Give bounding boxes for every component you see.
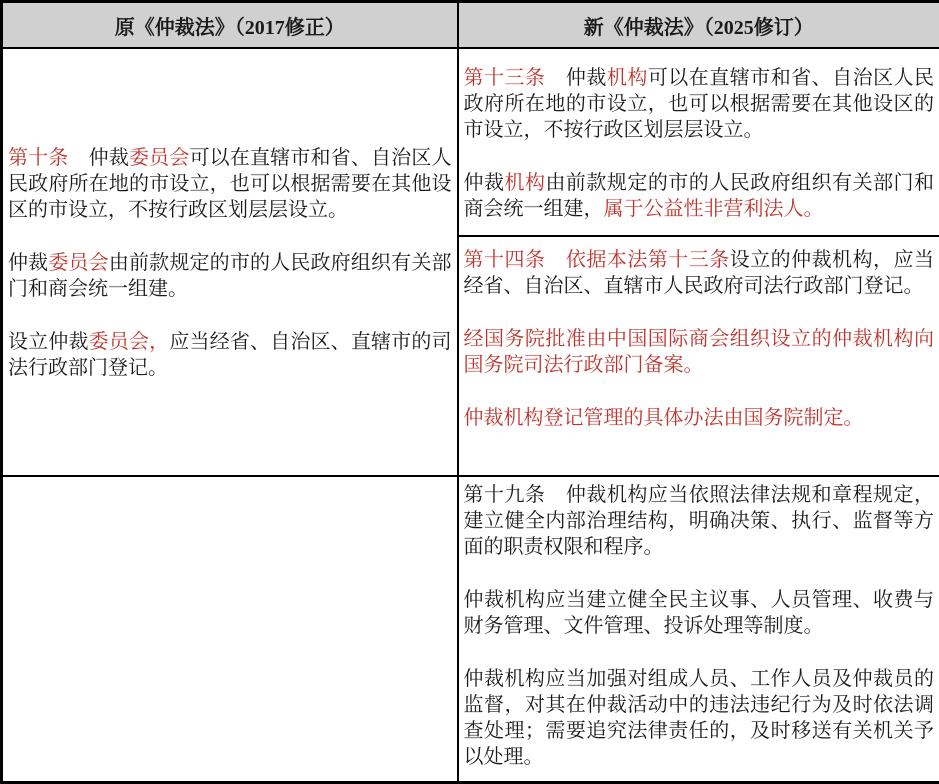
new-law-article-13-cell: 第十三条 仲裁机构可以在直辖市和省、自治区人民政府所在地的市设立，也可以根据需要…: [458, 48, 939, 236]
changed-text: 第十四条 依据本法第十三条: [464, 249, 730, 271]
law-paragraph: 仲裁委员会由前款规定的市的人民政府组织有关部门和商会统一组建。: [8, 250, 452, 302]
law-paragraph: 第十三条 仲裁机构可以在直辖市和省、自治区人民政府所在地的市设立，也可以根据需要…: [464, 65, 935, 143]
changed-text: 仲裁机构登记管理的具体办法由国务院制定。: [464, 407, 864, 429]
law-paragraph: 仲裁机构由前款规定的市的人民政府组织有关部门和商会统一组建，属于公益性非营利法人…: [464, 170, 935, 222]
changed-text: 第十条: [8, 147, 69, 169]
unchanged-text: 仲裁: [8, 252, 48, 274]
unchanged-text: 第十九条 仲裁机构应当依照法律法规和章程规定，建立健全内部治理结构，明确决策、执…: [464, 484, 935, 558]
header-new-law: 新《仲裁法》（2025修订）: [458, 2, 939, 49]
table-row: 第十条 仲裁委员会可以在直辖市和省、自治区人民政府所在地的市设立，也可以根据需要…: [2, 48, 939, 236]
law-paragraph: 第十九条 仲裁机构应当依照法律法规和章程规定，建立健全内部治理结构，明确决策、执…: [464, 482, 935, 560]
changed-text: 委员会: [129, 147, 190, 169]
law-comparison-page: 原《仲裁法》（2017修正） 新《仲裁法》（2025修订） 第十条 仲裁委员会可…: [0, 0, 939, 784]
law-paragraph: 设立仲裁委员会，应当经省、自治区、直辖市的司法行政部门登记。: [8, 329, 452, 381]
law-paragraph: 经国务院批准由中国国际商会组织设立的仲裁机构向国务院司法行政部门备案。: [464, 326, 935, 378]
changed-text: 委员会，: [89, 331, 170, 353]
law-paragraph: 仲裁机构登记管理的具体办法由国务院制定。: [464, 405, 935, 431]
changed-text: 委员会: [48, 252, 109, 274]
unchanged-text: 仲裁机构应当加强对组成人员、工作人员及仲裁员的监督，对其在仲裁活动中的违法违纪行…: [464, 668, 935, 768]
unchanged-text: 仲裁: [69, 147, 130, 169]
law-paragraph: 仲裁机构应当建立健全民主议事、人员管理、收费与财务管理、文件管理、投诉处理等制度…: [464, 587, 935, 639]
changed-text: 机构: [607, 67, 648, 89]
law-comparison-table: 原《仲裁法》（2017修正） 新《仲裁法》（2025修订） 第十条 仲裁委员会可…: [0, 0, 939, 784]
new-law-article-19-cell: 第十九条 仲裁机构应当依照法律法规和章程规定，建立健全内部治理结构，明确决策、执…: [458, 476, 939, 783]
header-row: 原《仲裁法》（2017修正） 新《仲裁法》（2025修订）: [2, 2, 939, 49]
unchanged-text: 仲裁: [545, 67, 606, 89]
unchanged-text: 仲裁机构应当建立健全民主议事、人员管理、收费与财务管理、文件管理、投诉处理等制度…: [464, 589, 935, 637]
table-row: 第十九条 仲裁机构应当依照法律法规和章程规定，建立健全内部治理结构，明确决策、执…: [2, 476, 939, 783]
old-law-empty-cell: [2, 476, 458, 783]
unchanged-text: 仲裁: [464, 172, 505, 194]
law-paragraph: 第十条 仲裁委员会可以在直辖市和省、自治区人民政府所在地的市设立，也可以根据需要…: [8, 145, 452, 223]
changed-text: 经国务院批准由中国国际商会组织设立的仲裁机构向国务院司法行政部门备案。: [464, 328, 935, 376]
changed-text: 属于公益性非营利法人。: [604, 198, 824, 220]
new-law-article-14-cell: 第十四条 依据本法第十三条设立的仲裁机构，应当经省、自治区、直辖市人民政府司法行…: [458, 236, 939, 476]
law-paragraph: 仲裁机构应当加强对组成人员、工作人员及仲裁员的监督，对其在仲裁活动中的违法违纪行…: [464, 666, 935, 770]
changed-text: 第十三条: [464, 67, 546, 89]
unchanged-text: 设立仲裁: [8, 331, 89, 353]
law-paragraph: 第十四条 依据本法第十三条设立的仲裁机构，应当经省、自治区、直辖市人民政府司法行…: [464, 247, 935, 299]
header-old-law: 原《仲裁法》（2017修正）: [2, 2, 458, 49]
changed-text: 机构: [504, 172, 545, 194]
old-law-article-10-cell: 第十条 仲裁委员会可以在直辖市和省、自治区人民政府所在地的市设立，也可以根据需要…: [2, 48, 458, 476]
